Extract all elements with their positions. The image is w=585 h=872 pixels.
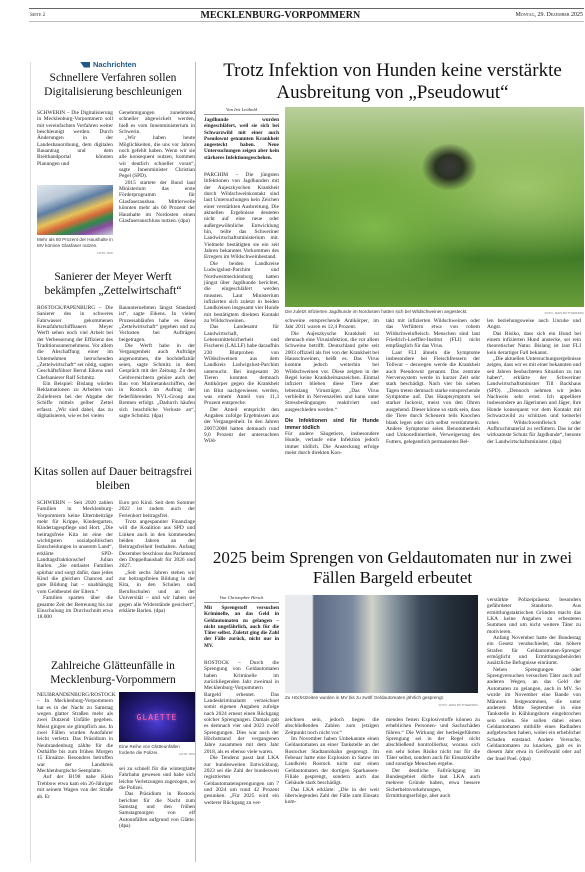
section-label: Nachrichten (80, 60, 136, 69)
newspaper-page: Seite 2 MECKLENBURG-VORPOMMERN Montag, 2… (0, 0, 585, 872)
pseudowut-col1: PARCHIM – Die jüngsten Infektionen von J… (204, 172, 279, 445)
police-car-photo: GLAETTE (119, 692, 195, 742)
lead-pseudowut: Jagdhunde wurden eingeschläfert, weil si… (204, 117, 279, 161)
headline-geldautomaten: 2025 beim Sprengen von Geldautomaten nur… (200, 548, 585, 588)
werft-col1: ROSTOCK/PAPENBURG – Die Sanierer des in … (37, 305, 113, 419)
geldautomaten-col1: ROSTOCK – Durch die Sprengung von Geldau… (204, 660, 279, 806)
pseudowut-col3: takt mit infizierten Wildschweinen oder … (386, 318, 480, 445)
headline-werft: Sanierer der Meyer Werft bekämpfen „Zett… (30, 271, 196, 298)
blown-atm-photo (285, 595, 478, 693)
byline-geldautomaten: Von Christopher Hirsch (204, 595, 279, 603)
byline-pseudowut: Von Iris Leithold (204, 107, 279, 115)
pseudowut-col2: schweine entsprechende Antikörper, im Ja… (285, 318, 379, 456)
headline-glaette: Zahlreiche Glätteunfälle in Mecklenburg-… (30, 660, 196, 687)
digital-caption: Mehr als 60 Prozent der Haushalte in MV … (37, 237, 113, 256)
digital-col2: Genehmigungen zunehmend schneller abgewi… (119, 110, 195, 224)
page-number: Seite 2 (30, 12, 45, 18)
glaette-col2: sei zu schnell für die winterglatte Fahr… (119, 766, 195, 829)
pseudowut-col4: len beziehungsweise auch Unruhe und Angs… (487, 318, 581, 445)
geldautomaten-col4: verstärkte Polizeipräsenz besonders gefä… (487, 597, 581, 762)
kitas-col1: SCHWERIN – Seit 2020 zahlen Familien in … (37, 500, 113, 621)
section-flag-icon (80, 62, 90, 68)
wild-boar-photo (285, 107, 584, 307)
section-label-text: Nachrichten (93, 60, 136, 69)
headline-digital: Schnellere Verfahren sollen Digitalisier… (30, 72, 196, 99)
geldautomaten-caption: Zu Höchstzeiten wurden in MV bis zu zwöl… (285, 695, 478, 708)
column-divider (195, 62, 196, 862)
page-header: Seite 2 MECKLENBURG-VORPOMMERN Montag, 2… (29, 8, 584, 22)
geldautomaten-col3: menden festen Explosivstoffe können zu e… (386, 717, 480, 799)
subhead-pseudowut: Die Infektionen sind für Hunde immer töd… (285, 418, 379, 431)
glaette-caption: Eine Reihe von Glätteunfällen forderte d… (119, 744, 195, 757)
werft-col2: Bauunternehmen längst Standard ist“, sag… (119, 305, 195, 419)
issue-date: Montag, 29. Dezember 2025 (515, 12, 583, 18)
kitas-col2: Euro pro Kind. Seit dem Sommer 2022 ist … (119, 500, 195, 614)
headline-kitas: Kitas sollen auf Dauer beitragsfrei blei… (30, 466, 196, 493)
digital-col1: SCHWERIN – Die Digitalisierung in Meckle… (37, 110, 113, 167)
fiber-cable-photo (37, 185, 113, 235)
glaette-col1: NEUBRANDENBURG/ROSTOCK – In Mecklenburg-… (37, 692, 113, 800)
geldautomaten-col2: zeichnen sein, jedoch liegen die abschli… (285, 717, 379, 806)
pseudowut-caption: Die zuletzt infizierten Jagdhunde im Nor… (285, 309, 584, 316)
left-margin-rule (30, 62, 31, 862)
led-sign-text: GLAETTE (137, 713, 178, 722)
headline-pseudowut: Trotz Infektion von Hunden keine verstär… (200, 60, 585, 104)
section-title: MECKLENBURG-VORPOMMERN (200, 10, 360, 21)
lead-geldautomaten: Mit Sprengstoff versuchen Kriminelle, an… (204, 605, 279, 649)
